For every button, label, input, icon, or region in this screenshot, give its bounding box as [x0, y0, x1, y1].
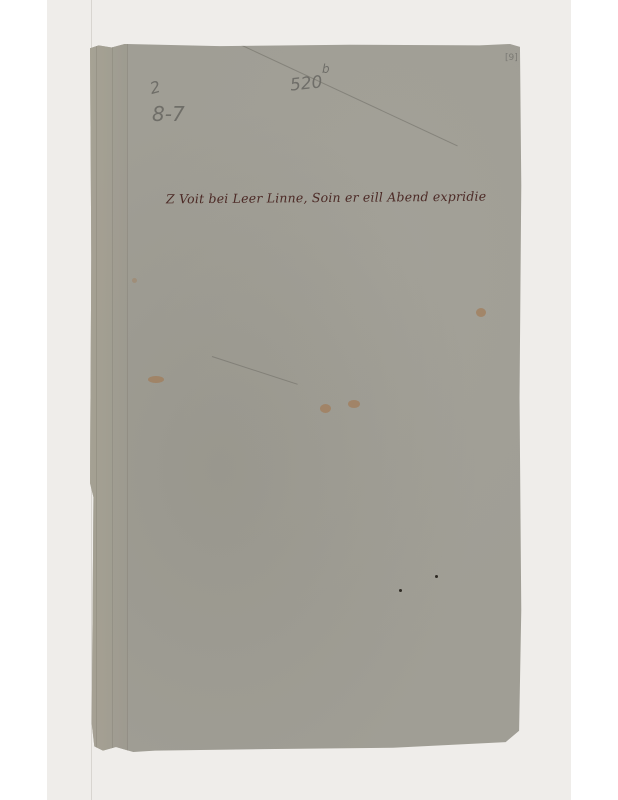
stain-mark: [348, 400, 360, 408]
spine-line: [112, 44, 113, 752]
stain-mark: [148, 376, 164, 383]
catalog-mark: [9]: [505, 53, 518, 63]
paper-crease: [240, 44, 458, 146]
stain-mark: [132, 278, 137, 283]
stain-mark: [320, 404, 331, 413]
paper-crease: [212, 356, 298, 385]
spine-line: [96, 44, 97, 752]
pencil-mark-number: 2: [148, 77, 163, 98]
pencil-mark-superscript: b: [322, 62, 330, 76]
ink-inscription: Z Voit bei Leer Linne, Soin er eill Aben…: [166, 189, 486, 207]
spine-line: [127, 44, 128, 752]
manuscript-sheet: 2 8-7 520 b [9] Z Voit bei Leer Linne, S…: [90, 44, 523, 752]
stain-mark: [476, 308, 486, 317]
ink-speck: [399, 589, 402, 592]
ink-speck: [435, 575, 438, 578]
binding-spine-strip: [90, 44, 128, 752]
pencil-mark-code: 8-7: [152, 102, 185, 126]
